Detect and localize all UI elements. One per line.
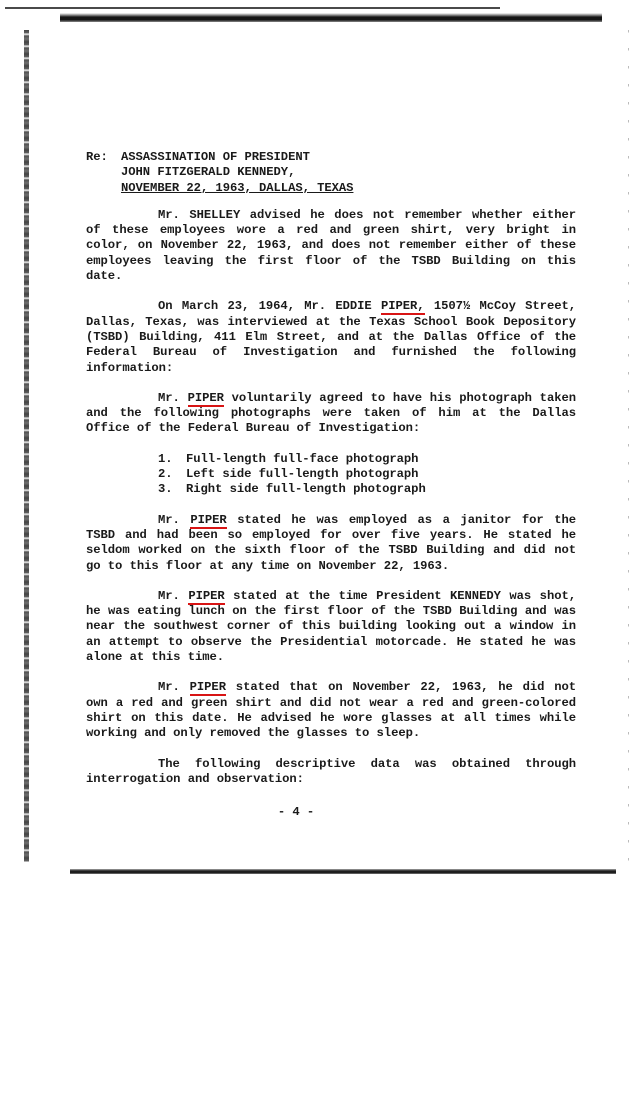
- highlighted-name: PIPER: [188, 589, 224, 605]
- list-text: Right side full-length photograph: [186, 482, 426, 497]
- page-number: - 4 -: [16, 805, 576, 820]
- photo-list-item: 1.Full-length full-face photograph: [158, 452, 576, 467]
- paragraph-text: Mr.: [158, 391, 188, 405]
- paragraph-text: Mr.: [158, 513, 190, 527]
- scan-artifact-left-edge: [24, 30, 29, 862]
- paragraph-employment: Mr. PIPER stated he was employed as a ja…: [86, 513, 576, 574]
- paragraph-text: Mr.: [158, 589, 188, 603]
- scan-artifact-bottom-border: [70, 869, 616, 874]
- list-number: 2.: [158, 467, 186, 482]
- paragraph-text: On March 23, 1964, Mr. EDDIE: [158, 299, 381, 313]
- scan-artifact-top-border: [60, 13, 602, 22]
- paragraph-photographs: Mr. PIPER voluntarily agreed to have his…: [86, 391, 576, 437]
- list-number: 3.: [158, 482, 186, 497]
- list-number: 1.: [158, 452, 186, 467]
- scan-artifact-right-edge: [628, 30, 629, 870]
- highlighted-name: PIPER: [190, 513, 226, 529]
- subject-line-1: ASSASSINATION OF PRESIDENT: [121, 150, 353, 165]
- subject-line-3: NOVEMBER 22, 1963, DALLAS, TEXAS: [121, 181, 353, 196]
- paragraph-text: Mr.: [158, 680, 190, 694]
- paragraph-shirt-and-glasses: Mr. PIPER stated that on November 22, 19…: [86, 680, 576, 741]
- photo-list-item: 3.Right side full-length photograph: [158, 482, 576, 497]
- paragraph-shelley: Mr. SHELLEY advised he does not remember…: [86, 208, 576, 284]
- paragraph-descriptive-data: The following descriptive data was obtai…: [86, 757, 576, 788]
- list-text: Full-length full-face photograph: [186, 452, 418, 467]
- photo-list-item: 2.Left side full-length photograph: [158, 467, 576, 482]
- paragraph-location-at-shooting: Mr. PIPER stated at the time President K…: [86, 589, 576, 665]
- highlighted-name: PIPER: [188, 391, 224, 407]
- subject-lines: ASSASSINATION OF PRESIDENT JOHN FITZGERA…: [121, 150, 353, 196]
- photo-list: 1.Full-length full-face photograph 2.Lef…: [158, 452, 576, 498]
- document-page: Re: ASSASSINATION OF PRESIDENT JOHN FITZ…: [86, 150, 576, 820]
- scan-artifact-top-thin-line: [5, 7, 500, 9]
- list-text: Left side full-length photograph: [186, 467, 418, 482]
- re-label: Re:: [86, 150, 121, 196]
- highlighted-name: PIPER,: [381, 299, 425, 315]
- subject-block: Re: ASSASSINATION OF PRESIDENT JOHN FITZ…: [86, 150, 576, 196]
- highlighted-name: PIPER: [190, 680, 226, 696]
- subject-line-2: JOHN FITZGERALD KENNEDY,: [121, 165, 353, 180]
- paragraph-interview-intro: On March 23, 1964, Mr. EDDIE PIPER, 1507…: [86, 299, 576, 375]
